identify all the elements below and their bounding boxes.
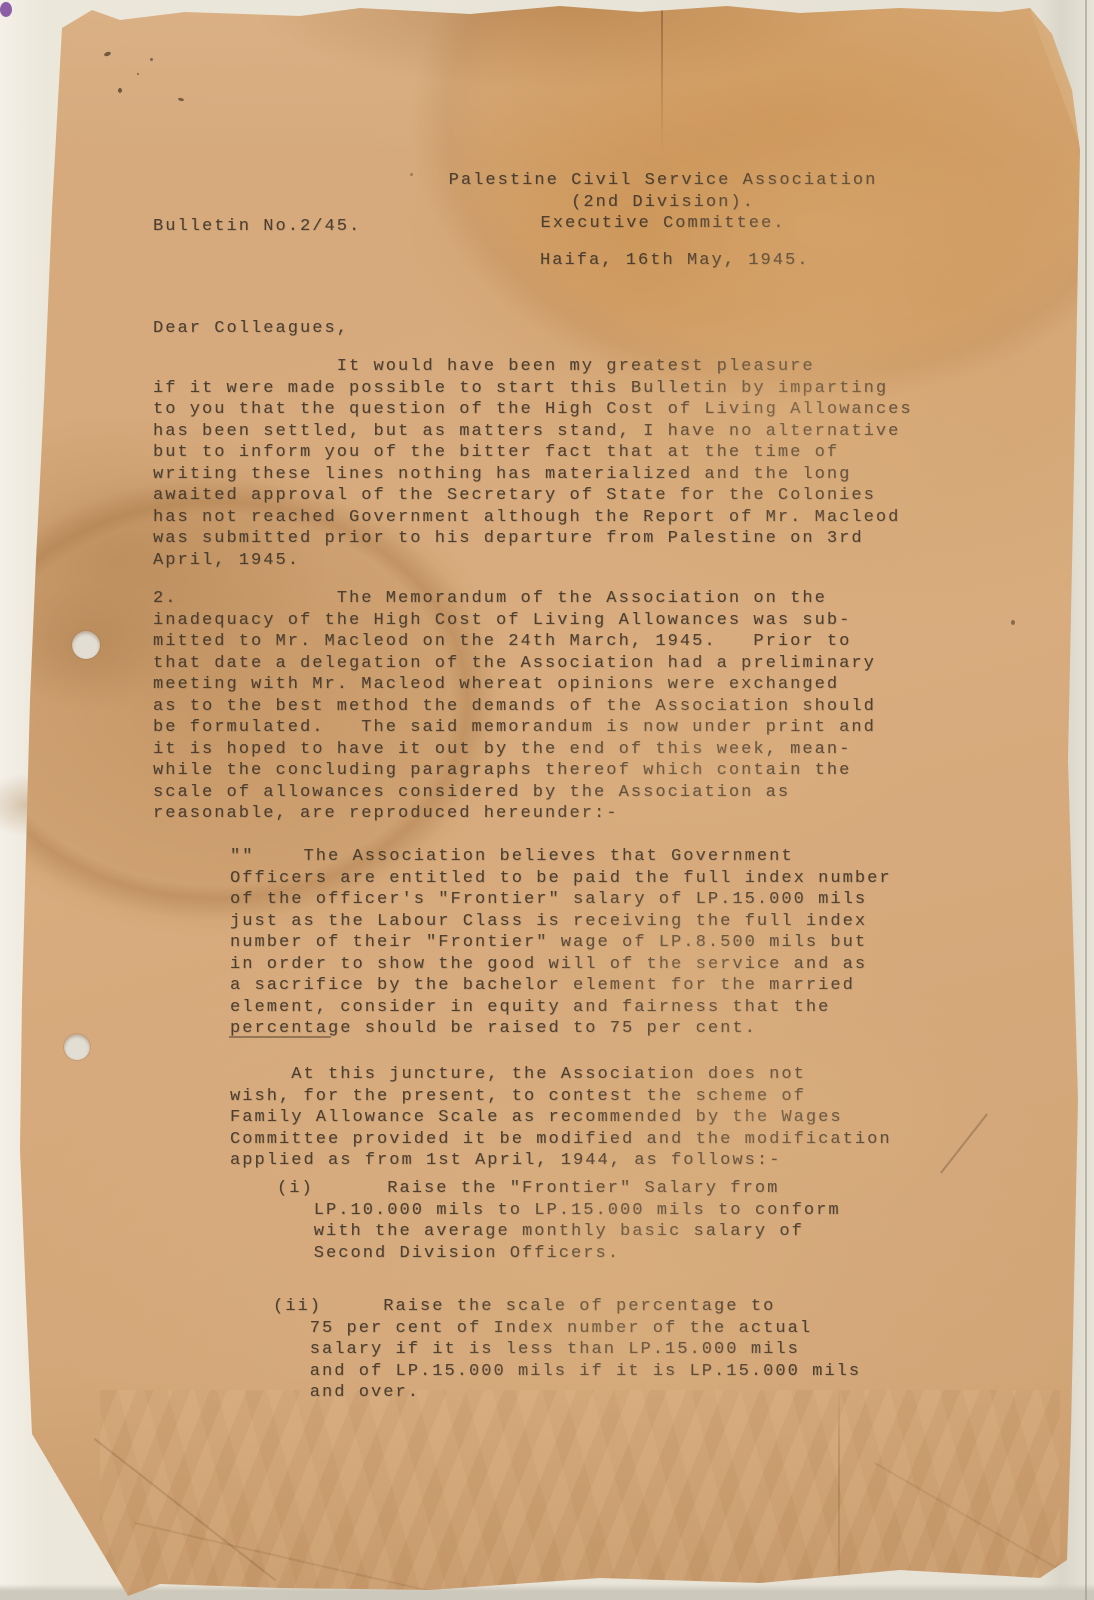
typewritten-text-layer: Palestine Civil Service Association (2nd… (0, 0, 1094, 1600)
punch-hole-top (72, 631, 100, 659)
quote-paragraph-2: At this juncture, the Association does n… (230, 1064, 892, 1172)
paragraph-2: 2. The Memorandum of the Association on … (153, 588, 876, 825)
salutation: Dear Colleagues, (153, 318, 349, 340)
quote-paragraph-1: "" The Association believes that Governm… (230, 846, 892, 1040)
dateline: Haifa, 16th May, 1945. (540, 250, 810, 272)
list-item-ii: (ii) Raise the scale of percentage to 75… (273, 1296, 861, 1404)
organization-heading: Palestine Civil Service Association (2nd… (447, 170, 879, 235)
list-item-i: (i) Raise the "Frontier" Salary from LP.… (277, 1178, 841, 1264)
scan-background: Palestine Civil Service Association (2nd… (0, 0, 1094, 1600)
paragraph-1: It would have been my greatest pleasure … (153, 356, 913, 571)
underline-mark-percentage (229, 1036, 331, 1038)
punch-hole-bottom (64, 1034, 90, 1060)
bulletin-number: Bulletin No.2/45. (153, 216, 361, 238)
